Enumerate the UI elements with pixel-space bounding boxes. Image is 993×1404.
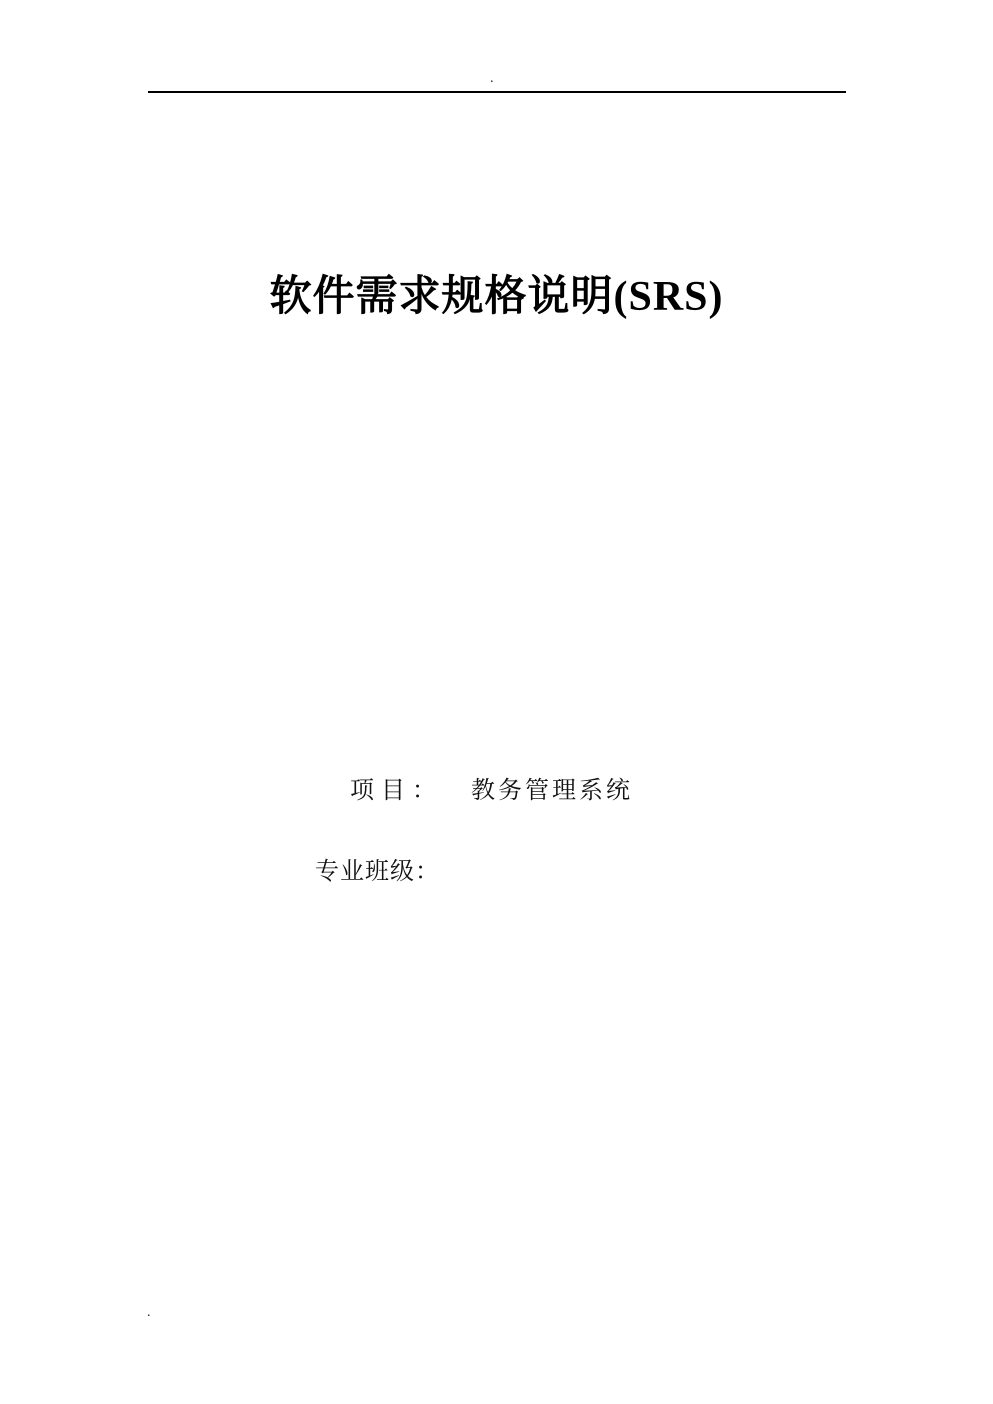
stray-dot-top: .: [490, 72, 494, 86]
stray-dot-bottom: .: [147, 1306, 151, 1320]
project-label: 项目：: [350, 778, 443, 804]
project-value: 教务管理系统: [471, 778, 633, 804]
document-title: 软件需求规格说明(SRS): [0, 271, 993, 324]
header-rule: [148, 91, 846, 93]
project-field: 项目： 教务管理系统: [350, 770, 633, 805]
class-group-field: 专业班级：: [315, 851, 440, 886]
class-group-label: 专业班级：: [315, 859, 440, 885]
document-page: . 软件需求规格说明(SRS) 项目： 教务管理系统 专业班级： .: [0, 0, 993, 1404]
